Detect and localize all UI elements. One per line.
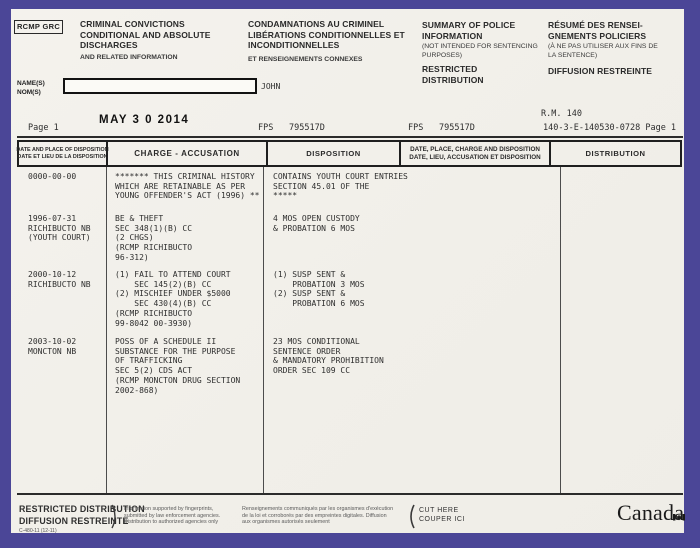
column-divider-3 [560,167,561,493]
table-bottom-line [17,493,683,495]
col-header-distribution: DISTRIBUTION [549,140,682,167]
rm-number: R.M. 140 [541,109,582,119]
restricted-distribution-label-french: DIFFUSION RESTREINTE [548,66,652,77]
page-number-left: Page 1 [28,123,59,133]
title-french: CONDAMNATIONS AU CRIMINEL LIBÉRATIONS CO… [248,19,405,51]
rcmp-grc-logo: RCMP GRC [14,20,63,34]
fps-label-2: FPS [408,123,423,133]
summary-note-english: (NOT INTENDED FOR SENTENCING PURPOSES) [422,43,538,60]
row-disposition: 4 MOS OPEN CUSTODY & PROBATION 6 MOS [273,214,360,233]
title-english: CRIMINAL CONVICTIONS CONDITIONAL AND ABS… [80,19,211,51]
record-sheet: RCMP GRC CRIMINAL CONVICTIONS CONDITIONA… [11,9,684,533]
cut-here-bracket-icon [407,504,416,534]
footer-note-french: Renseignements communiqués par les organ… [242,506,393,526]
col-header-date-place-charge-disposition: DATE, PLACE, CHARGE AND DISPOSITION DATE… [399,140,551,167]
cut-here-label: CUT HERE COUPER ICI [419,506,465,524]
subtitle-english: AND RELATED INFORMATION [80,54,178,63]
row-disposition: CONTAINS YOUTH COURT ENTRIES SECTION 45.… [273,172,408,201]
subtitle-french: ET RENSEIGNEMENTS CONNEXES [248,56,362,65]
document-page: RCMP GRC CRIMINAL CONVICTIONS CONDITIONA… [0,0,700,548]
name-field [63,78,257,94]
col-header-charge: CHARGE - ACCUSATION [106,140,268,167]
row-date: 0000-00-00 [28,172,76,182]
fps-value-1: 795517D [289,123,325,133]
header-divider-line [17,136,683,138]
col-header-disposition: DISPOSITION [266,140,401,167]
row-disposition: 23 MOS CONDITIONAL SENTENCE ORDER & MAND… [273,337,384,376]
fps-value-2: 795517D [439,123,475,133]
canada-wordmark: Canada [617,500,684,526]
row-date: 2003-10-02 MONCTON NB [28,337,76,356]
col-header-date-place: DATE AND PLACE OF DISPOSITION DATE ET LI… [17,140,108,167]
document-number: 140-3-E-140530-0728 Page 1 [543,123,676,133]
date-stamp: MAY 3 0 2014 [99,114,189,126]
column-divider-2 [263,167,264,493]
first-name-value: JOHN [261,82,280,91]
row-charge: ******* THIS CRIMINAL HISTORY WHICH ARE … [115,172,260,201]
row-charge: BE & THEFT SEC 348(1)(B) CC (2 CHGS) (RC… [115,214,192,263]
canada-flag-icon [673,501,685,527]
restricted-distribution-label-english: RESTRICTED DISTRIBUTION [422,64,484,85]
row-date: 1996-07-31 RICHIBUCTO NB (YOUTH COURT) [28,214,91,243]
form-number: C-480-11 (12-11) [19,528,57,534]
summary-title-english: SUMMARY OF POLICE INFORMATION [422,20,515,41]
column-divider-1 [106,167,107,493]
row-charge: POSS OF A SCHEDULE II SUBSTANCE FOR THE … [115,337,240,395]
fps-label-1: FPS [258,123,273,133]
footer-bracket-icon [110,504,119,534]
summary-title-french: RÉSUMÉ DES RENSEI- GNEMENTS POLICIERS [548,20,646,41]
row-disposition: (1) SUSP SENT & PROBATION 3 MOS (2) SUSP… [273,270,365,309]
footer-note-english: Information supported by fingerprints, s… [124,506,220,526]
summary-note-french: (À NE PAS UTILISER AUX FINS DE LA SENTEN… [548,43,658,60]
name-field-label: NAME(S) NOM(S) [17,80,45,97]
row-date: 2000-10-12 RICHIBUCTO NB [28,270,91,289]
row-charge: (1) FAIL TO ATTEND COURT SEC 145(2)(B) C… [115,270,231,328]
